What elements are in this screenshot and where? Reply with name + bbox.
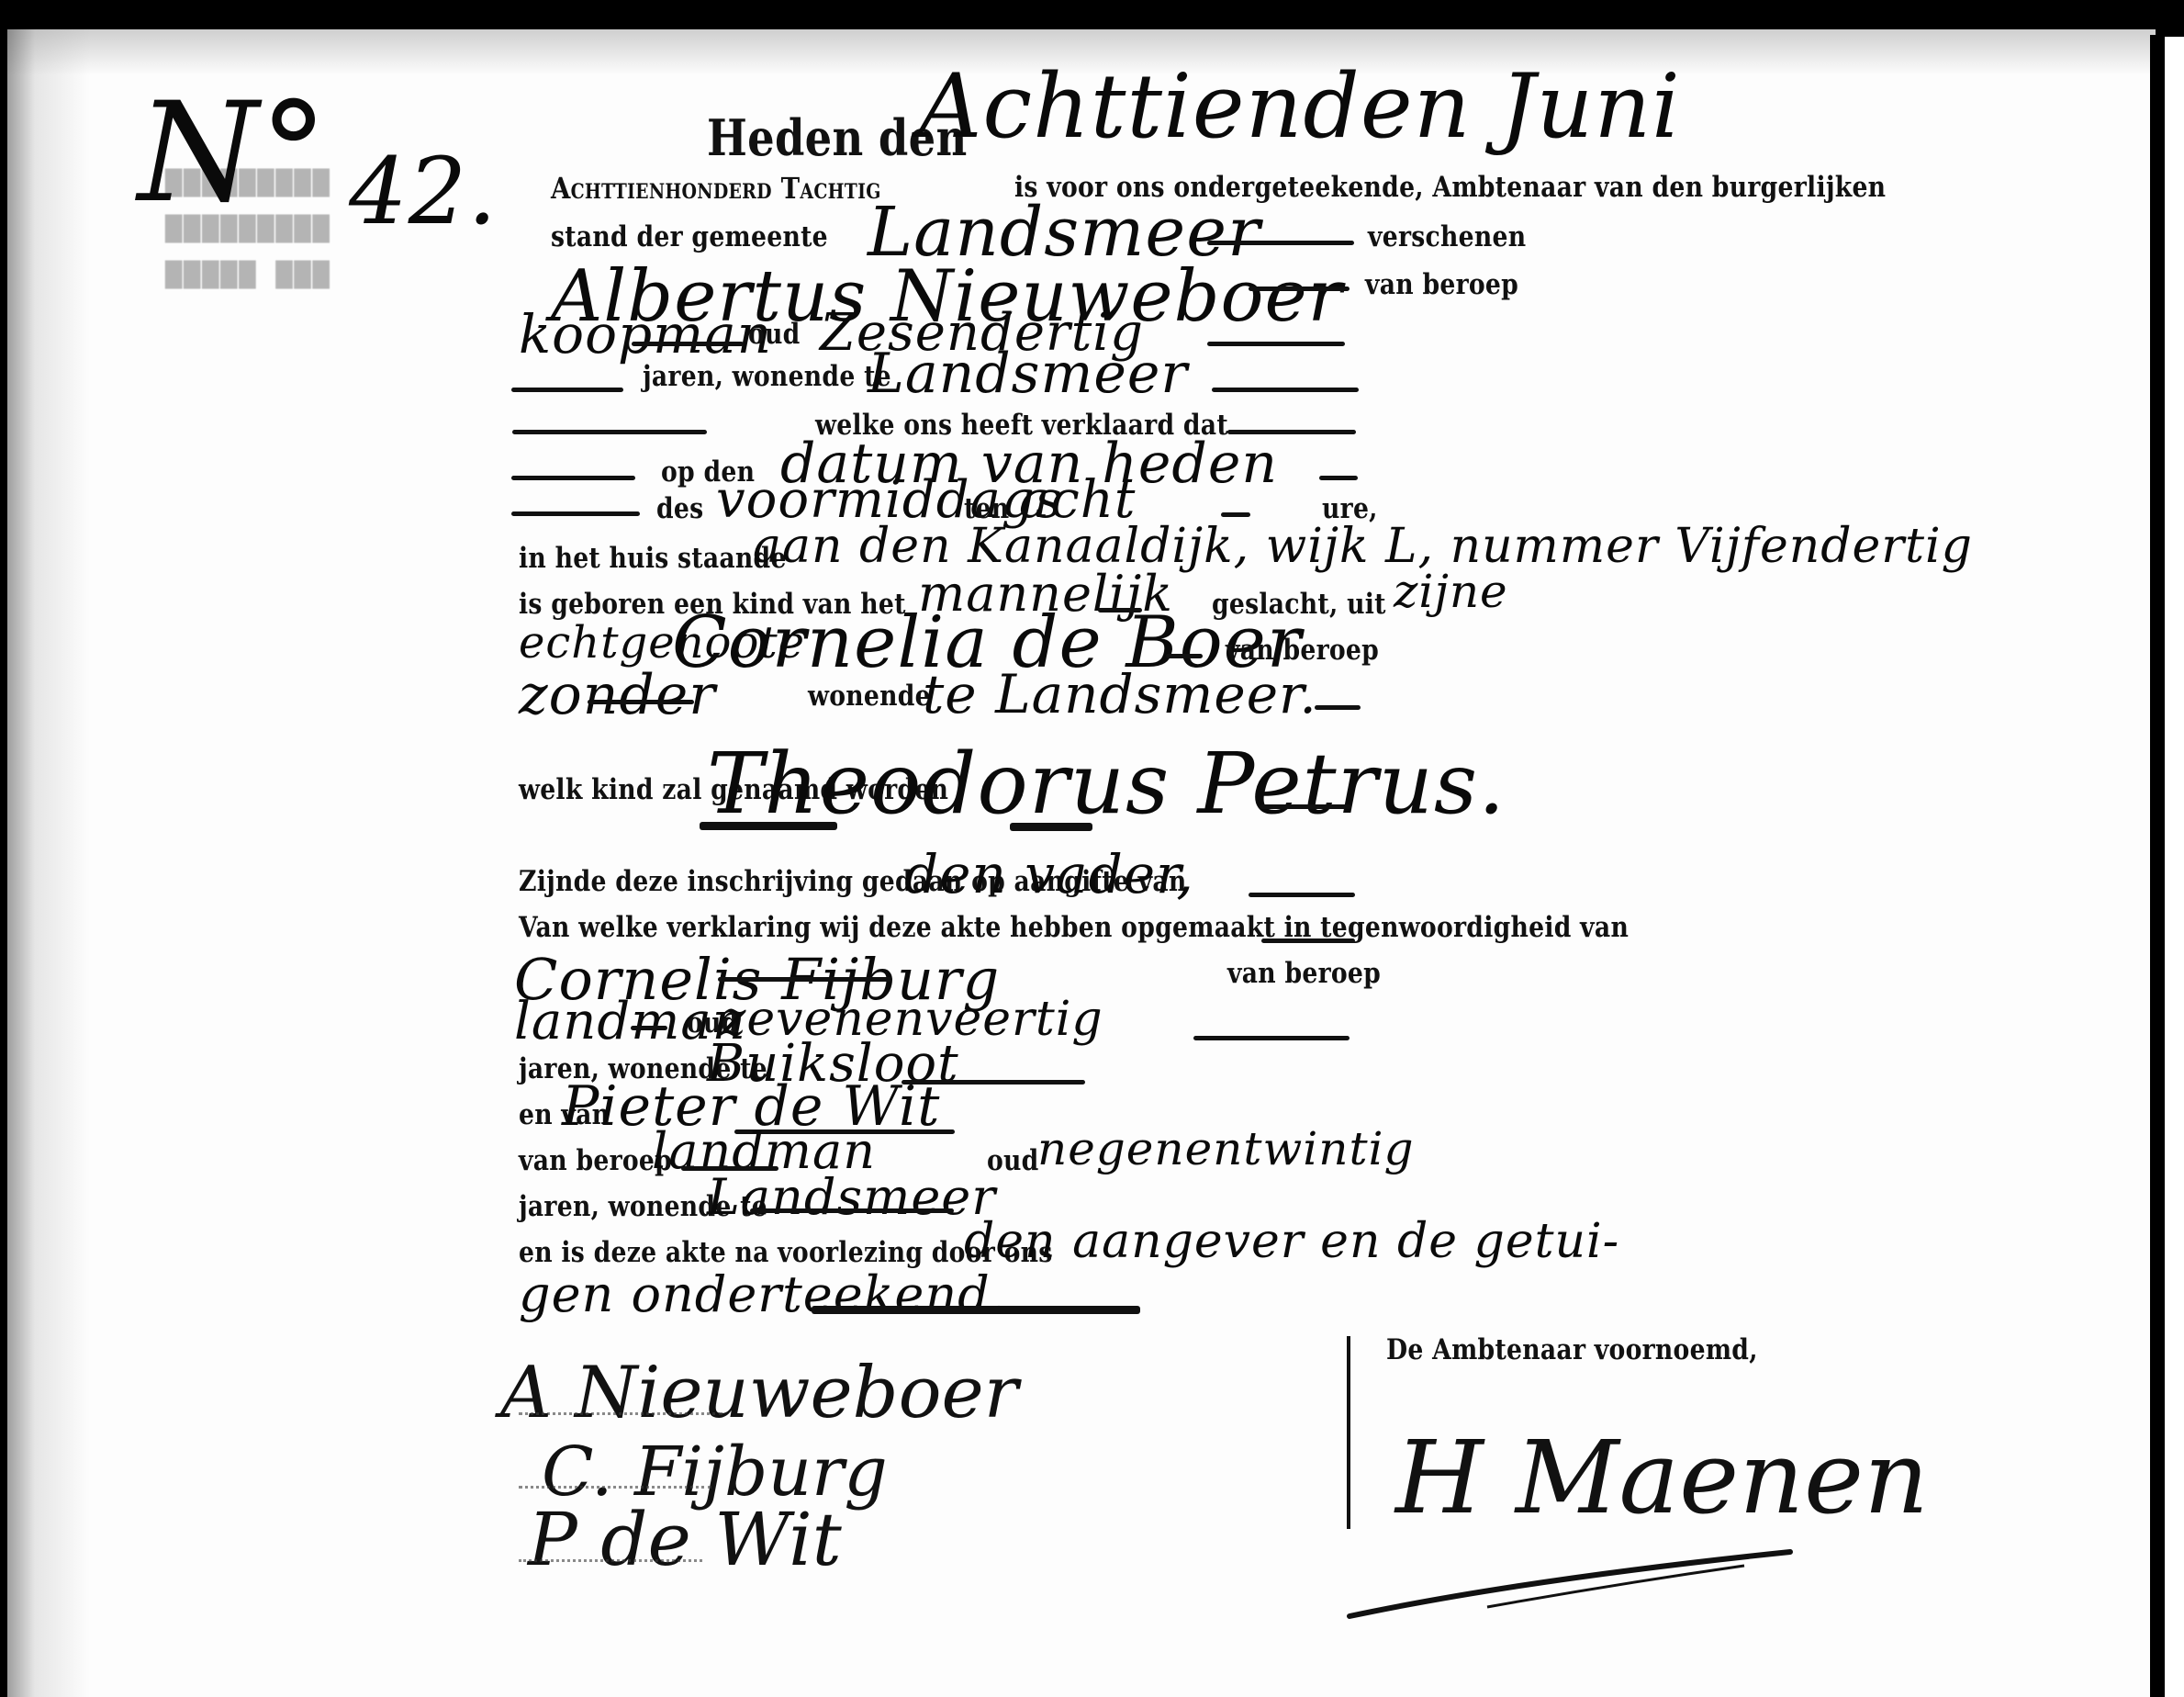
printed-des: des (656, 492, 703, 525)
fill-line (1193, 1036, 1350, 1040)
fill-line (718, 977, 892, 982)
printed-van-beroep-4: van beroep (519, 1144, 672, 1177)
fill-line (511, 511, 640, 516)
bleed-through-text: ▇▇▇▇▇ ▇▇▇ (165, 257, 331, 289)
hw-informant: den vader, (904, 843, 1194, 905)
signature-line (519, 1412, 722, 1415)
fill-line (1207, 241, 1354, 245)
signature-official: H Maenen (1395, 1419, 1929, 1536)
fill-line (588, 700, 694, 704)
printed-van-welke: Van welke verklaring wij deze akte hebbe… (519, 911, 1629, 944)
underline-first-name (700, 822, 837, 830)
hw-declarant-residence: Landsmeer (868, 342, 1188, 406)
hw-mother-residence: te Landsmeer. (923, 663, 1317, 725)
signature-divider (1347, 1336, 1350, 1529)
fill-line (1260, 804, 1351, 809)
hw-signed-by: den aangever en de getui- (964, 1214, 1619, 1269)
fill-line (511, 476, 635, 480)
printed-stand-der-gemeente: stand der gemeente (551, 220, 828, 253)
fill-line (750, 1208, 954, 1213)
printed-van-beroep-3: van beroep (1227, 957, 1381, 990)
signature-flourish-icon (1340, 1543, 1799, 1625)
fill-line (632, 342, 744, 346)
signature-line (519, 1486, 711, 1489)
fill-line (1212, 388, 1359, 392)
hw-witness2-residence: Landsmeer (707, 1168, 996, 1226)
printed-de-ambtenaar: De Ambtenaar voornoemd, (1386, 1333, 1758, 1366)
fill-line (512, 430, 707, 434)
fill-line (511, 388, 623, 392)
fill-line (1261, 938, 1355, 943)
fill-line (1249, 893, 1355, 897)
hw-relation: zijne (1394, 565, 1508, 618)
hw-declarant-occupation: koopman (519, 303, 772, 365)
fill-line (1315, 705, 1361, 710)
signature-line (519, 1559, 702, 1562)
fill-line (1207, 342, 1345, 346)
printed-van-beroep-2: van beroep (1226, 634, 1379, 667)
printed-in-het-huis: in het huis staande (519, 542, 787, 575)
underline-second-name (1010, 823, 1092, 831)
fill-line (1319, 476, 1358, 480)
printed-van-beroep-1: van beroep (1365, 268, 1518, 301)
signature-witness2: P de Wit (528, 1497, 842, 1582)
fill-line (1249, 287, 1350, 291)
hw-child-name: Theodorus Petrus. (707, 735, 1506, 833)
record-number-label: N° (138, 73, 329, 233)
closing-rule (812, 1306, 1140, 1314)
fill-line (1221, 512, 1250, 517)
hw-date: Achttienden Juni (918, 55, 1681, 158)
printed-year: Achttienhonderd Tachtig (551, 171, 881, 206)
fill-line (1166, 654, 1203, 658)
printed-oud-1: oud (748, 318, 801, 351)
hw-mother-occupation: zonder (519, 663, 716, 727)
printed-jaren-wonende-te-1: jaren, wonende te (643, 360, 891, 393)
printed-wonende-2: wonende (808, 680, 931, 713)
fill-line (631, 1026, 667, 1030)
printed-verschenen: verschenen (1368, 220, 1526, 253)
page-edge-border (2150, 35, 2165, 1697)
record-number: 42. (349, 138, 498, 245)
hw-witness2-age: negenentwintig (1037, 1122, 1415, 1175)
adjacent-page-strip (2165, 37, 2184, 1697)
hw-signed-by-cont: gen onderteekend. (519, 1265, 1007, 1323)
signature-declarant: A Nieuweboer (500, 1352, 1018, 1434)
